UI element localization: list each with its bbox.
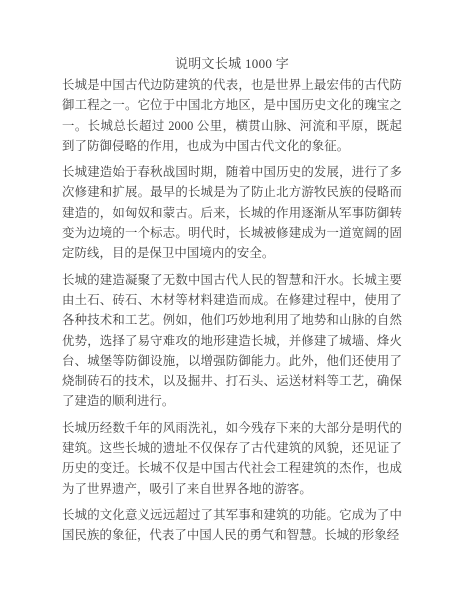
paragraph-heritage: 长城历经数千年的风雨洗礼，如今残存下来的大部分是明代的建筑。这些长城的遗址不仅保… xyxy=(62,418,402,499)
paragraph-history: 长城建造始于春秋战国时期，随着中国历史的发展，进行了多次修建和扩展。最早的长城是… xyxy=(62,162,402,263)
document-title: 说明文长城 1000 字 xyxy=(62,54,402,74)
document-page: 说明文长城 1000 字 长城是中国古代边防建筑的代表，也是世界上最宏伟的古代防… xyxy=(0,0,463,600)
paragraph-construction: 长城的建造凝聚了无数中国古代人民的智慧和汗水。长城主要由土石、砖石、木材等材料建… xyxy=(62,270,402,412)
paragraph-culture: 长城的文化意义远远超过了其军事和建筑的功能。它成为了中国民族的象征，代表了中国人… xyxy=(62,505,402,546)
paragraph-intro: 长城是中国古代边防建筑的代表，也是世界上最宏伟的古代防御工程之一。它位于中国北方… xyxy=(62,75,402,156)
